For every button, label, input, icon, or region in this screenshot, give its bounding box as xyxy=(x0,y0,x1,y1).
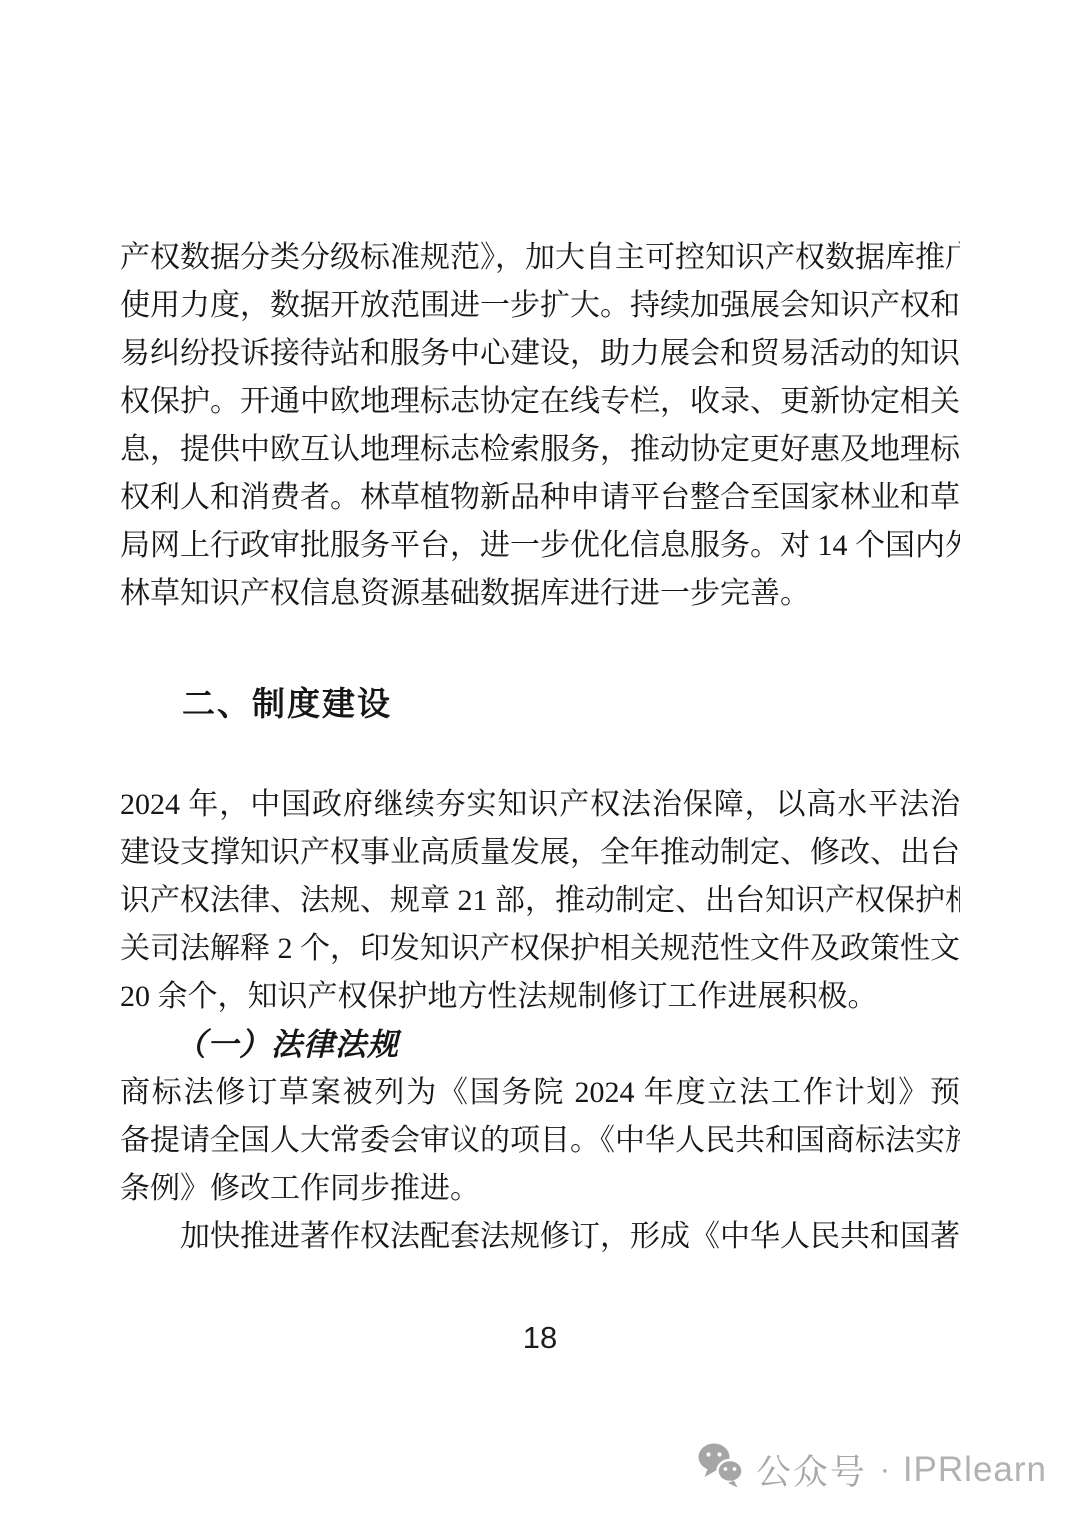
paragraph-line: 林草知识产权信息资源基础数据库进行进一步完善。 xyxy=(120,570,960,618)
paragraph-line: 局网上行政审批服务平台，进一步优化信息服务。对 14 个国内外 xyxy=(120,522,960,570)
watermark-separator: · xyxy=(880,1453,890,1487)
subsection-heading: （一）法律法规 xyxy=(120,1021,960,1069)
paragraph-line: 2024 年，中国政府继续夯实知识产权法治保障，以高水平法治 xyxy=(120,781,960,829)
watermark-account-name: IPRlearn xyxy=(903,1450,1047,1490)
page-number: 18 xyxy=(120,1316,960,1360)
paragraph-line: 使用力度，数据开放范围进一步扩大。持续加强展会知识产权和贸 xyxy=(120,282,960,330)
paragraph-line: 商标法修订草案被列为《国务院 2024 年度立法工作计划》预 xyxy=(120,1069,960,1117)
paragraph-line: 产权数据分类分级标准规范》，加大自主可控知识产权数据库推广 xyxy=(120,234,960,282)
paragraph-line: 息，提供中欧互认地理标志检索服务，推动协定更好惠及地理标志 xyxy=(120,426,960,474)
paragraph-line: 权利人和消费者。林草植物新品种申请平台整合至国家林业和草原 xyxy=(120,474,960,522)
paragraph-line: 加快推进著作权法配套法规修订，形成《中华人民共和国著作 xyxy=(120,1213,960,1261)
paragraph-2: 2024 年，中国政府继续夯实知识产权法治保障，以高水平法治 建设支撑知识产权事… xyxy=(120,781,960,1021)
paragraph-4: 加快推进著作权法配套法规修订，形成《中华人民共和国著作 xyxy=(120,1213,960,1261)
paragraph-3: 商标法修订草案被列为《国务院 2024 年度立法工作计划》预 备提请全国人大常委… xyxy=(120,1069,960,1213)
paragraph-line: 识产权法律、法规、规章 21 部，推动制定、出台知识产权保护相 xyxy=(120,877,960,925)
paragraph-line: 关司法解释 2 个，印发知识产权保护相关规范性文件及政策性文件 xyxy=(120,925,960,973)
paragraph-line: 权保护。开通中欧地理标志协定在线专栏，收录、更新协定相关信 xyxy=(120,378,960,426)
paragraph-line: 备提请全国人大常委会审议的项目。《中华人民共和国商标法实施 xyxy=(120,1117,960,1165)
section-heading: 二、制度建设 xyxy=(120,680,960,728)
document-page: 产权数据分类分级标准规范》，加大自主可控知识产权数据库推广 使用力度，数据开放范… xyxy=(120,234,960,1360)
paragraph-1: 产权数据分类分级标准规范》，加大自主可控知识产权数据库推广 使用力度，数据开放范… xyxy=(120,234,960,618)
wechat-icon xyxy=(697,1442,745,1497)
paragraph-line: 条例》修改工作同步推进。 xyxy=(120,1165,960,1213)
paragraph-line: 易纠纷投诉接待站和服务中心建设，助力展会和贸易活动的知识产 xyxy=(120,330,960,378)
paragraph-line: 建设支撑知识产权事业高质量发展，全年推动制定、修改、出台知 xyxy=(120,829,960,877)
watermark-platform-label: 公众号 xyxy=(756,1445,867,1495)
paragraph-line: 20 余个，知识产权保护地方性法规制修订工作进展积极。 xyxy=(120,973,960,1021)
watermark: 公众号 · IPRlearn xyxy=(697,1442,1047,1497)
